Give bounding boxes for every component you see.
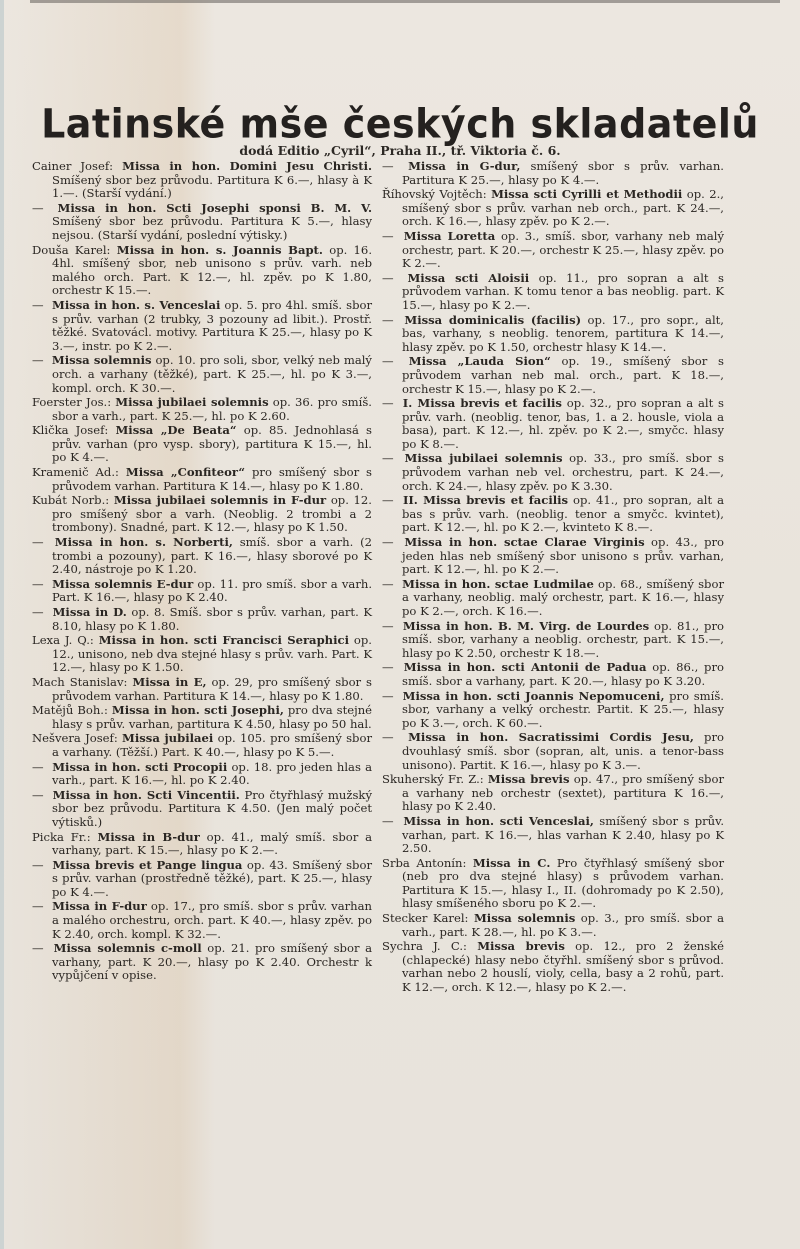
catalog-entry: — Missa in hon. s. Venceslai op. 5. pro …: [32, 299, 372, 353]
catalog-entry: — Missa in hon. scti Venceslai, smíšený …: [382, 815, 724, 856]
mass-title: Missa in hon. sctae Clarae Virginis: [404, 535, 644, 549]
ditto-dash: —: [32, 789, 48, 803]
ditto-dash: —: [382, 397, 398, 411]
mass-title: Missa jubilaei: [122, 731, 213, 745]
composer-name: Lexa J. Q.:: [32, 633, 94, 647]
mass-title: Missa in G-dur,: [408, 159, 520, 173]
catalog-entry: — Missa in hon. B. M. Virg. de Lourdes o…: [382, 620, 724, 661]
catalog-entry: Kubát Norb.: Missa jubilaei solemnis in …: [32, 494, 372, 535]
catalog-entry: — I. Missa brevis et facilis op. 32., pr…: [382, 397, 724, 451]
ditto-dash: —: [382, 731, 398, 745]
ditto-dash: —: [32, 354, 48, 368]
mass-title: Missa scti Cyrilli et Methodii: [491, 187, 682, 201]
catalog-entry: — Missa in hon. scti Antonii de Padua op…: [382, 661, 724, 688]
left-column: Cainer Josef: Missa in hon. Domini Jesu …: [32, 160, 372, 984]
mass-title: Missa in hon. Domini Jesu Christi.: [122, 159, 372, 173]
mass-title: Missa „Confiteor“: [126, 465, 245, 479]
ditto-dash: —: [382, 620, 398, 634]
catalog-entry: — Missa solemnis E-dur op. 11. pro smíš.…: [32, 578, 372, 605]
catalog-entry: Sychra J. C.: Missa brevis op. 12., pro …: [382, 940, 724, 994]
catalog-entry: — Missa in hon. Scti Josephi sponsi B. M…: [32, 202, 372, 243]
catalog-entry: Matějů Boh.: Missa in hon. scti Josephi,…: [32, 704, 372, 731]
page-left-edge: [0, 0, 4, 1249]
mass-details: Smíšený sbor bez průvodu. Partitura K 6.…: [52, 173, 372, 201]
catalog-entry: — Missa in hon. scti Procopii op. 18. pr…: [32, 761, 372, 788]
composer-name: Matějů Boh.:: [32, 703, 108, 717]
catalog-entry: — Missa in hon. scti Joannis Nepomuceni,…: [382, 690, 724, 731]
ditto-dash: —: [382, 661, 398, 675]
catalog-entry: Srba Antonín: Missa in C. Pro čtyřhlasý …: [382, 857, 724, 911]
catalog-entry: — Missa in hon. s. Norberti, smíš. sbor …: [32, 536, 372, 577]
mass-title: Missa „De Beata“: [115, 423, 236, 437]
mass-title: I. Missa brevis et facilis: [403, 396, 562, 410]
composer-name: Cainer Josef:: [32, 159, 113, 173]
mass-title: Missa in hon. scti Antonii de Padua: [404, 660, 647, 674]
catalog-entry: Douša Karel: Missa in hon. s. Joannis Ba…: [32, 244, 372, 298]
mass-title: Missa brevis et Pange lingua: [52, 858, 242, 872]
catalog-entry: Kramenič Ad.: Missa „Confiteor“ pro smíš…: [32, 466, 372, 493]
ditto-dash: —: [382, 355, 398, 369]
mass-title: Missa in hon. Sacratissimi Cordis Jesu,: [408, 730, 694, 744]
catalog-entry: — Missa dominicalis (facilis) op. 17., p…: [382, 314, 724, 355]
mass-title: Missa jubilaei solemnis: [115, 395, 268, 409]
composer-name: Stecker Karel:: [382, 911, 468, 925]
mass-title: Missa solemnis E-dur: [52, 577, 193, 591]
mass-title: Missa solemnis: [52, 353, 152, 367]
catalog-entry: Skuherský Fr. Z.: Missa brevis op. 47., …: [382, 773, 724, 814]
ditto-dash: —: [32, 299, 48, 313]
mass-title: Missa in hon. s. Norberti,: [55, 535, 233, 549]
catalog-entry: Mach Stanislav: Missa in E, op. 29, pro …: [32, 676, 372, 703]
catalog-entry: Stecker Karel: Missa solemnis op. 3., pr…: [382, 912, 724, 939]
mass-details: Smíšený sbor bez průvodu. Partitura K 5.…: [52, 214, 372, 242]
composer-name: Douša Karel:: [32, 243, 110, 257]
composer-name: Kramenič Ad.:: [32, 465, 119, 479]
mass-title: Missa in hon. scti Josephi,: [112, 703, 284, 717]
mass-title: Missa in hon. s. Joannis Bapt.: [117, 243, 323, 257]
ditto-dash: —: [382, 272, 398, 286]
ditto-dash: —: [382, 536, 398, 550]
mass-title: Missa jubilaei solemnis in F-dur: [114, 493, 326, 507]
composer-name: Klička Josef:: [32, 423, 108, 437]
catalog-entry: Cainer Josef: Missa in hon. Domini Jesu …: [32, 160, 372, 201]
mass-title: II. Missa brevis et facilis: [403, 493, 568, 507]
catalog-entry: Nešvera Josef: Missa jubilaei op. 105. p…: [32, 732, 372, 759]
catalog-entry: — Missa in hon. sctae Clarae Virginis op…: [382, 536, 724, 577]
mass-title: Missa in hon. Scti Josephi sponsi B. M. …: [57, 201, 372, 215]
catalog-entry: — Missa jubilaei solemnis op. 33., pro s…: [382, 452, 724, 493]
catalog-entry: — Missa brevis et Pange lingua op. 43. S…: [32, 859, 372, 900]
mass-title: Missa scti Aloisii: [407, 271, 529, 285]
mass-title: Missa in hon. scti Joannis Nepomuceni,: [403, 689, 665, 703]
composer-name: Nešvera Josef:: [32, 731, 118, 745]
mass-title: Missa in D.: [53, 605, 127, 619]
composer-name: Říhovský Vojtěch:: [382, 187, 487, 201]
catalog-entry: Klička Josef: Missa „De Beata“ op. 85. J…: [32, 424, 372, 465]
mass-title: Missa jubilaei solemnis: [405, 451, 563, 465]
catalog-entry: — Missa in F-dur op. 17., pro smíš. sbor…: [32, 900, 372, 941]
composer-name: Skuherský Fr. Z.:: [382, 772, 484, 786]
catalog-entry: — Missa in hon. Sacratissimi Cordis Jesu…: [382, 731, 724, 772]
catalog-entry: — Missa scti Aloisii op. 11., pro sopran…: [382, 272, 724, 313]
mass-title: Missa brevis: [477, 939, 565, 953]
mass-title: Missa in C.: [473, 856, 550, 870]
mass-title: Missa in hon. B. M. Virg. de Lourdes: [403, 619, 649, 633]
composer-name: Mach Stanislav:: [32, 675, 127, 689]
catalog-entry: Foerster Jos.: Missa jubilaei solemnis o…: [32, 396, 372, 423]
ditto-dash: —: [32, 761, 48, 775]
ditto-dash: —: [32, 859, 48, 873]
catalog-entry: — II. Missa brevis et facilis op. 41., p…: [382, 494, 724, 535]
catalog-entry: — Missa solemnis c-moll op. 21. pro smíš…: [32, 942, 372, 983]
catalog-entry: — Missa in G-dur, smíšený sbor s prův. v…: [382, 160, 724, 187]
mass-title: Missa in F-dur: [52, 899, 147, 913]
mass-title: Missa brevis: [488, 772, 570, 786]
mass-title: Missa Loretta: [404, 229, 495, 243]
composer-name: Srba Antonín:: [382, 856, 466, 870]
mass-title: Missa in E,: [132, 675, 206, 689]
ditto-dash: —: [382, 230, 398, 244]
composer-name: Picka Fr.:: [32, 830, 91, 844]
mass-title: Missa solemnis: [474, 911, 575, 925]
ditto-dash: —: [32, 578, 48, 592]
catalog-entry: — Missa solemnis op. 10. pro soli, sbor,…: [32, 354, 372, 395]
mass-title: Missa „Lauda Sion“: [409, 354, 551, 368]
ditto-dash: —: [32, 536, 48, 550]
mass-title: Missa in hon. s. Venceslai: [52, 298, 220, 312]
mass-title: Missa dominicalis (facilis): [404, 313, 581, 327]
catalog-entry: Picka Fr.: Missa in B-dur op. 41., malý …: [32, 831, 372, 858]
catalog-entry: — Missa „Lauda Sion“ op. 19., smíšený sb…: [382, 355, 724, 396]
composer-name: Foerster Jos.:: [32, 395, 111, 409]
ditto-dash: —: [382, 160, 398, 174]
ditto-dash: —: [382, 314, 398, 328]
catalog-entry: Říhovský Vojtěch: Missa scti Cyrilli et …: [382, 188, 724, 229]
catalog-entry: — Missa in hon. Scti Vincentii. Pro čtyř…: [32, 789, 372, 830]
publisher-line: dodá Editio „Cyril“, Praha II., tř. Vikt…: [0, 143, 800, 158]
ditto-dash: —: [382, 578, 398, 592]
mass-title: Missa in hon. Scti Vincentii.: [53, 788, 240, 802]
catalog-entry: — Missa Loretta op. 3., smíš. sbor, varh…: [382, 230, 724, 271]
page-title: Latinské mše českých skladatelů: [0, 101, 800, 147]
mass-title: Missa solemnis c-moll: [54, 941, 202, 955]
mass-title: Missa in hon. sctae Ludmilae: [402, 577, 594, 591]
catalog-entry: — Missa in D. op. 8. Smíš. sbor s prův. …: [32, 606, 372, 633]
ditto-dash: —: [382, 690, 398, 704]
right-column: — Missa in G-dur, smíšený sbor s prův. v…: [382, 160, 724, 996]
mass-title: Missa in hon. scti Francisci Seraphici: [99, 633, 349, 647]
ditto-dash: —: [32, 606, 48, 620]
ditto-dash: —: [32, 202, 48, 216]
mass-title: Missa in B-dur: [97, 830, 199, 844]
catalog-entry: — Missa in hon. sctae Ludmilae op. 68., …: [382, 578, 724, 619]
ditto-dash: —: [382, 494, 398, 508]
catalog-entry: Lexa J. Q.: Missa in hon. scti Francisci…: [32, 634, 372, 675]
mass-title: Missa in hon. scti Venceslai,: [403, 814, 594, 828]
page-top-edge: [30, 0, 780, 3]
ditto-dash: —: [382, 452, 398, 466]
ditto-dash: —: [32, 942, 48, 956]
ditto-dash: —: [32, 900, 48, 914]
composer-name: Sychra J. C.:: [382, 939, 467, 953]
composer-name: Kubát Norb.:: [32, 493, 109, 507]
catalog-page: Latinské mše českých skladatelů dodá Edi…: [0, 0, 800, 1249]
mass-title: Missa in hon. scti Procopii: [52, 760, 227, 774]
ditto-dash: —: [382, 815, 398, 829]
